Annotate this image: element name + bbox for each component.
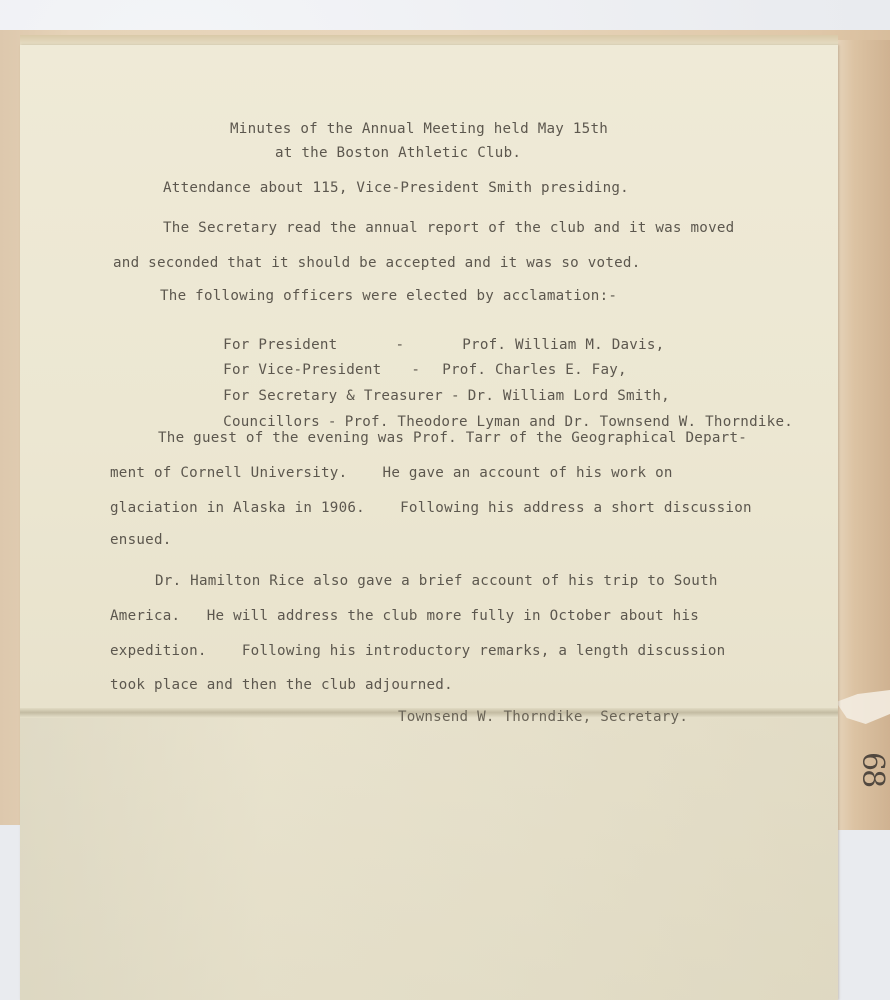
guest-paragraph-line-4: ensued. xyxy=(110,532,172,548)
officer-role: Councillors xyxy=(223,414,320,430)
report-paragraph-line-2: and seconded that it should be accepted … xyxy=(113,255,641,271)
title-line-1: Minutes of the Annual Meeting held May 1… xyxy=(230,121,608,137)
secretary-signature: Townsend W. Thorndike, Secretary. xyxy=(398,709,688,725)
guest-paragraph-line-3: glaciation in Alaska in 1906. Following … xyxy=(110,500,752,516)
guest-paragraph-line-2: ment of Cornell University. He gave an a… xyxy=(110,465,673,481)
officers-intro: The following officers were elected by a… xyxy=(160,288,617,304)
rice-paragraph-line-4: took place and then the club adjourned. xyxy=(110,677,453,693)
title-line-2: at the Boston Athletic Club. xyxy=(275,145,521,161)
meeting-minutes: Minutes of the Annual Meeting held May 1… xyxy=(0,0,890,1000)
report-paragraph-line-1: The Secretary read the annual report of … xyxy=(163,220,734,236)
officer-name: Prof. Theodore Lyman and Dr. Townsend W.… xyxy=(345,414,793,430)
rice-paragraph-line-3: expedition. Following his introductory r… xyxy=(110,643,725,659)
rice-paragraph-line-2: America. He will address the club more f… xyxy=(110,608,699,624)
rice-paragraph-line-1: Dr. Hamilton Rice also gave a brief acco… xyxy=(155,573,718,589)
guest-paragraph-line-1: The guest of the evening was Prof. Tarr … xyxy=(158,430,747,446)
attendance-line: Attendance about 115, Vice-President Smi… xyxy=(163,180,629,196)
officer-separator: - xyxy=(328,414,337,430)
